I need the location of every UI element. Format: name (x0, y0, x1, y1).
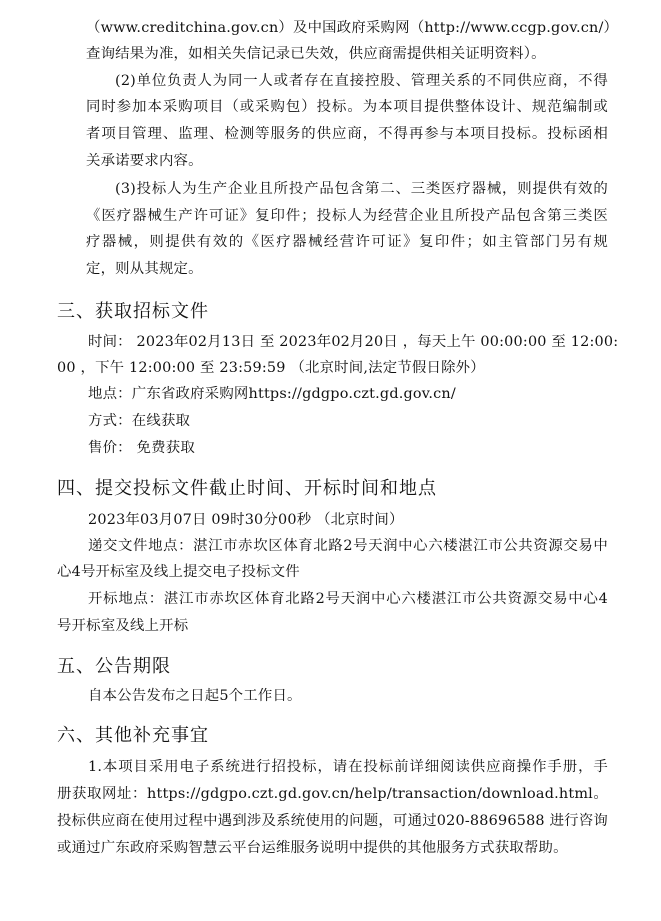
section-heading: 五、公告期限 (57, 655, 171, 679)
submit-location-cont: 心4号开标室及线上提交电子投标文件 (57, 562, 300, 582)
section-heading: 三、获取招标文件 (57, 300, 209, 324)
text-line: (2)单位负责人为同一人或者存在直接控股、管理关系的不同供应商，不得 (115, 71, 608, 91)
method-line: 方式：在线获取 (88, 411, 190, 431)
manual-url-line: 册获取网址：https://gdgpo.czt.gd.gov.cn/help/t… (57, 784, 608, 804)
price-line: 售价： 免费获取 (88, 438, 195, 458)
text-line: 1.本项目采用电子系统进行招投标，请在投标前详细阅读供应商操作手册，手 (88, 757, 608, 777)
text-line: 关承诺要求内容。 (86, 151, 203, 171)
section-heading: 六、其他补充事宜 (57, 724, 209, 748)
text-line: 者项目管理、监理、检测等服务的供应商，不得再参与本项目投标。投标函相 (86, 124, 608, 144)
text-line: 《医疗器械生产许可证》复印件；投标人为经营企业且所投产品包含第三类医 (86, 206, 608, 226)
opening-location-cont: 号开标室及线上开标 (57, 616, 188, 636)
submit-location-line: 递交文件地点：湛江市赤坎区体育北路2号天润中心六楼湛江市公共资源交易中 (88, 536, 608, 556)
opening-location-line: 开标地点：湛江市赤坎区体育北路2号天润中心六楼湛江市公共资源交易中心4 (88, 589, 608, 609)
location-line: 地点：广东省政府采购网https://gdgpo.czt.gd.gov.cn/ (88, 384, 456, 404)
time-line-cont: 00 ，下午 12:00:00 至 23:59:59 （北京时间,法定节假日除外… (57, 358, 485, 378)
deadline-line: 2023年03月07日 09时30分00秒 （北京时间） (88, 510, 404, 530)
text-line: 查询结果为准，如相关失信记录已失效，供应商需提供相关证明资料）。 (86, 44, 546, 64)
text-line: 或通过广东政府采购智慧云平台运维服务说明中提供的其他服务方式获取帮助。 (57, 838, 568, 858)
text-line: 投标供应商在使用过程中遇到涉及系统使用的问题，可通过020-88696588 进… (57, 811, 608, 831)
text-line: 同时参加本采购项目（或采购包）投标。为本项目提供整体设计、规范编制或 (86, 97, 608, 117)
text-line: （www.creditchina.gov.cn）及中国政府采购网（http://… (86, 18, 608, 38)
text-line: 定，则从其规定。 (86, 259, 203, 279)
section-heading: 四、提交投标文件截止时间、开标时间和地点 (57, 477, 437, 501)
time-line: 时间： 2023年02月13日 至 2023年02月20日 ，每天上午 00:0… (88, 332, 608, 352)
document-page: （www.creditchina.gov.cn）及中国政府采购网（http://… (0, 0, 661, 921)
notice-period-line: 自本公告发布之日起5个工作日。 (88, 686, 302, 706)
text-line: 疗器械，则提供有效的《医疗器械经营许可证》复印件；如主管部门另有规 (86, 232, 608, 252)
text-line: (3)投标人为生产企业且所投产品包含第二、三类医疗器械，则提供有效的 (115, 179, 608, 199)
